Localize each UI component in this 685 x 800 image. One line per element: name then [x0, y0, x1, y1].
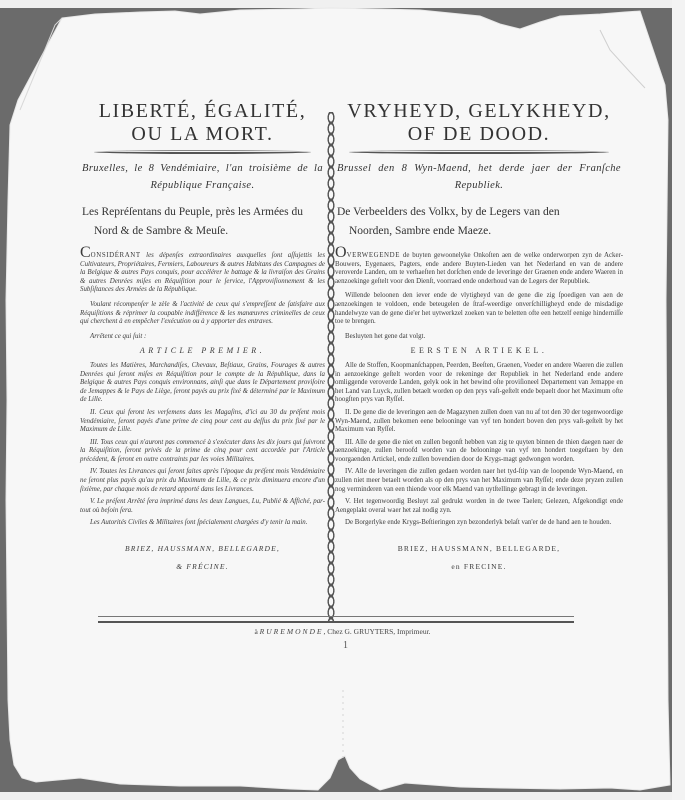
french-column: LIBERTÉ, ÉGALITÉ, OU LA MORT. Bruxelles,… — [80, 100, 325, 576]
dutch-article-5: V. Het tegenwoordig Besluyt zal gedrukt … — [335, 498, 623, 515]
dutch-motto: VRYHEYD, GELYKHEYD, OF DE DOOD. — [335, 100, 623, 146]
footer-rule — [98, 616, 574, 623]
french-arretent: Arrêtent ce qui ſuit : — [80, 333, 325, 342]
french-motto-line2: OU LA MORT. — [80, 123, 325, 146]
french-voulant: Voulant récompenſer le zèle & l'activité… — [80, 301, 325, 327]
french-considerant: CONSIDÉRANT les dépenſes extraordinaires… — [80, 249, 325, 295]
dutch-representatives: De Verbeelders des Volkx, by de Legers v… — [335, 203, 623, 241]
dutch-column: VRYHEYD, GELYKHEYD, OF DE DOOD. Brussel … — [335, 100, 623, 576]
dutch-signers-line1: BRIEZ, HAUSSMANN, BELLEGARDE, — [335, 540, 623, 558]
dutch-closing: De Borgerlyke ende Krygs-Beſtieringen zy… — [335, 519, 623, 528]
proclamation-body: LIBERTÉ, ÉGALITÉ, OU LA MORT. Bruxelles,… — [80, 100, 625, 660]
dutch-dropcap: O — [335, 244, 347, 261]
french-article-5: V. Le préſent Arrêté ſera imprimé dans l… — [80, 498, 325, 515]
french-representatives: Les Repréſentans du Peuple, près les Arm… — [80, 203, 325, 241]
french-article-2: II. Ceux qui feront les verſemens dans l… — [80, 409, 325, 435]
imprint-city: RUREMONDE — [260, 627, 324, 636]
imprint-rest: , Chez G. GRUYTERS, Imprimeur. — [323, 627, 430, 636]
french-reps-line1: Les Repréſentans du Peuple, près les Arm… — [82, 206, 303, 218]
french-dropcap: C — [80, 244, 91, 261]
french-body: CONSIDÉRANT les dépenſes extraordinaires… — [80, 249, 325, 576]
french-motto-line1: LIBERTÉ, ÉGALITÉ, — [80, 100, 325, 123]
french-article-4: IV. Toutes les Livrances qui ſeront fait… — [80, 468, 325, 494]
dutch-signers: BRIEZ, HAUSSMANN, BELLEGARDE, en FRECINE… — [335, 540, 623, 576]
dutch-overwegende-word: VERWEGENDE — [347, 252, 400, 259]
dutch-article-4: IV. Alle de leveringen die zullen gedaen… — [335, 468, 623, 494]
dutch-article-1: Alle de Stoffen, Koopmanſchappen, Peerde… — [335, 362, 623, 405]
dutch-motto-line2: OF DE DOOD. — [335, 123, 623, 146]
dutch-reps-line2: Noorden, Sambre ende Maeze. — [337, 222, 621, 241]
french-signers-line1: BRIEZ, HAUSSMANN, BELLEGARDE, — [80, 540, 325, 558]
page-mark: 1 — [343, 640, 348, 651]
dutch-motto-line1: VRYHEYD, GELYKHEYD, — [335, 100, 623, 123]
imprint-prefix: à — [254, 627, 257, 636]
dutch-overwegende: OVERWEGENDE de buyten gewoonelyke Onkoſt… — [335, 249, 623, 286]
french-motto: LIBERTÉ, ÉGALITÉ, OU LA MORT. — [80, 100, 325, 146]
dutch-dateline: Brussel den 8 Wyn-Maend, het derde jaer … — [335, 160, 623, 194]
french-reps-line2: Nord & de Sambre & Meuſe. — [82, 222, 323, 241]
dutch-article-heading: EERSTEN ARTIEKEL. — [335, 347, 623, 356]
french-title-rule — [94, 150, 311, 154]
french-article-1: Toutes les Matières, Marchandiſes, Cheva… — [80, 362, 325, 405]
french-signers: BRIEZ, HAUSSMANN, BELLEGARDE, & FRÉCINE. — [80, 540, 325, 576]
dutch-besluyten: Besluyten het gene dat volgt. — [335, 333, 623, 342]
dutch-body: OVERWEGENDE de buyten gewoonelyke Onkoſt… — [335, 249, 623, 576]
printer-imprint: à RUREMONDE, Chez G. GRUYTERS, Imprimeur… — [0, 627, 685, 636]
french-closing: Les Autorités Civiles & Militaires ſont … — [80, 519, 325, 528]
french-signers-line2: & FRÉCINE. — [80, 558, 325, 576]
dutch-reps-line1: De Verbeelders des Volkx, by de Legers v… — [337, 206, 560, 218]
dutch-signers-line2: en FRECINE. — [335, 558, 623, 576]
french-article-heading: ARTICLE PREMIER. — [80, 347, 325, 356]
dutch-article-2: II. De gene die de leveringen aen de Mag… — [335, 409, 623, 435]
french-dateline: Bruxelles, le 8 Vendémiaire, l'an troisi… — [80, 160, 325, 194]
french-article-3: III. Tous ceux qui n'auront pas commencé… — [80, 439, 325, 465]
dutch-willende: Willende beloonen den iever ende de vlyt… — [335, 292, 623, 326]
dutch-title-rule — [349, 150, 609, 154]
dutch-article-3: III. Alle de gene die niet en zullen beg… — [335, 439, 623, 465]
french-considerant-word: ONSIDÉRANT — [91, 252, 141, 259]
